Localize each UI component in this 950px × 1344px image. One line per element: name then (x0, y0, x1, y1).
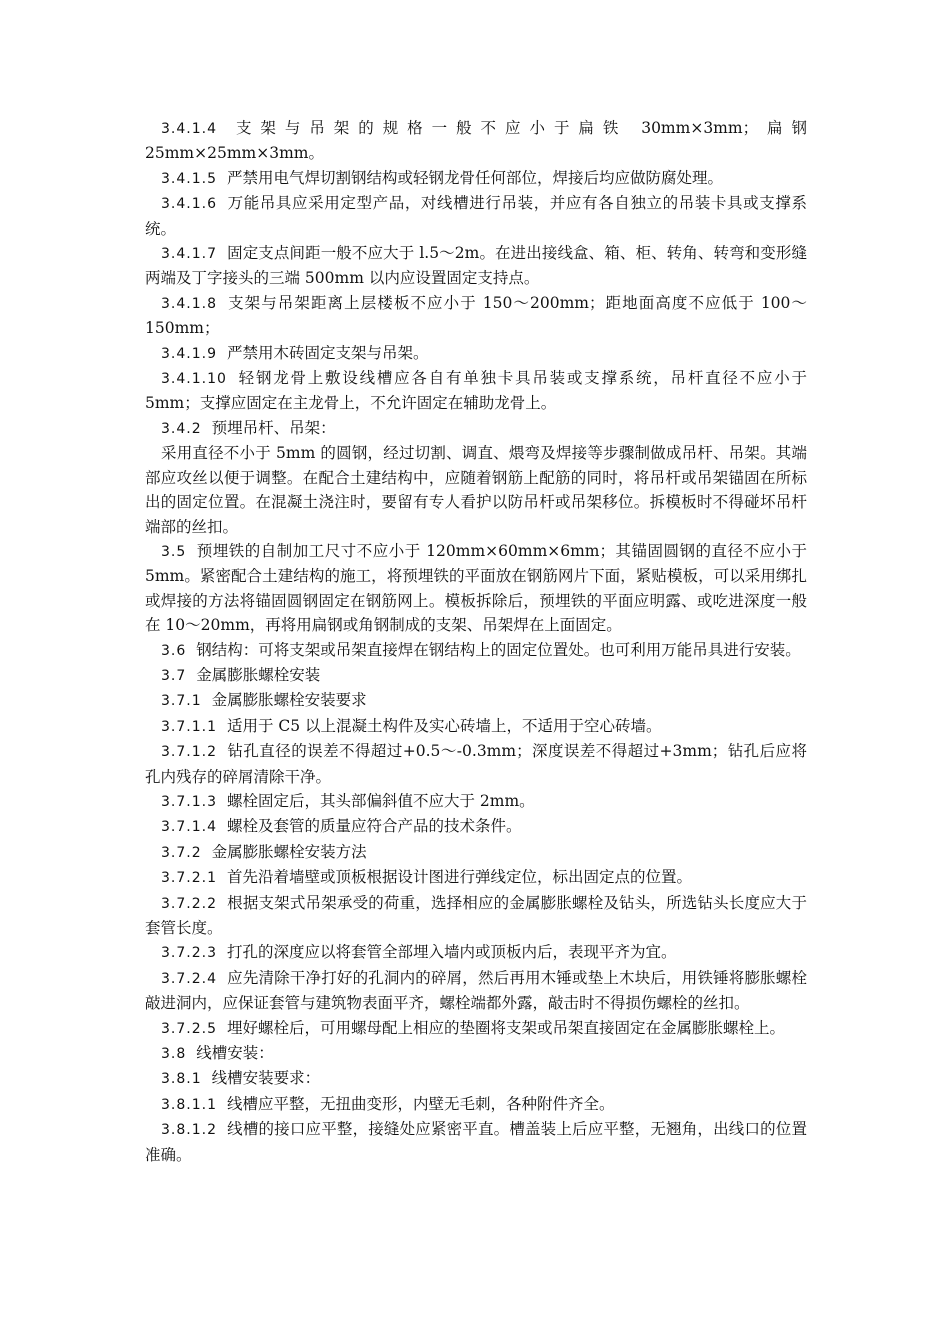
paragraph-3-7-1-3: 3.7.1.3螺栓固定后，其头部偏斜值不应大于 2mm。 (145, 789, 807, 814)
paragraph-3-7-2-3: 3.7.2.3打孔的深度应以将套管全部埋入墙内或顶板内后，表现平齐为宜。 (145, 940, 807, 965)
paragraph-3-7-2-4: 3.7.2.4应先清除干净打好的孔洞内的碎屑，然后再用木锤或垫上木块后，用铁锤将… (145, 966, 807, 1016)
clause-text: 打孔的深度应以将套管全部埋入墙内或顶板内后，表现平齐为宜。 (227, 943, 677, 961)
paragraph-3-7-2-1: 3.7.2.1首先沿着墙壁或顶板根据设计图进行弹线定位，标出固定点的位置。 (145, 865, 807, 890)
clause-text: 采用直径不小于 5mm 的圆钢，经过切割、调直、煨弯及焊接等步骤制做成吊杆、吊架… (145, 444, 807, 535)
clause-number: 3.8.1.2 (161, 1122, 217, 1138)
clause-number: 3.7.2.1 (161, 870, 217, 886)
clause-number: 3.7.1.3 (161, 794, 217, 810)
paragraph-3-4-1-9: 3.4.1.9严禁用木砖固定支架与吊架。 (145, 341, 807, 366)
paragraph-3-4-1-6: 3.4.1.6万能吊具应采用定型产品，对线槽进行吊装，并应有各自独立的吊装卡具或… (145, 191, 807, 241)
clause-number: 3.8 (161, 1046, 186, 1062)
clause-text: 钢结构：可将支架或吊架直接焊在钢结构上的固定位置处。也可利用万能吊具进行安装。 (196, 641, 801, 659)
clause-text: 严禁用电气焊切割钢结构或轻钢龙骨任何部位，焊接后均应做防腐处理。 (227, 169, 723, 187)
clause-text: 首先沿着墙壁或顶板根据设计图进行弹线定位，标出固定点的位置。 (227, 868, 692, 886)
paragraph-3-4-2: 3.4.2预埋吊杆、吊架： (145, 416, 807, 441)
paragraph-3-8-1-1: 3.8.1.1线槽应平整，无扭曲变形，内壁无毛刺，各种附件齐全。 (145, 1092, 807, 1117)
document-page: 3.4.1.4支架与吊架的规格一般不应小于扁铁 30mm×3mm；扁钢 25mm… (145, 116, 807, 1167)
clause-number: 3.7.1.1 (161, 719, 217, 735)
clause-number: 3.4.1.10 (161, 371, 227, 387)
clause-text: 严禁用木砖固定支架与吊架。 (227, 344, 429, 362)
clause-number: 3.4.1.5 (161, 171, 217, 187)
paragraph-3-7: 3.7金属膨胀螺栓安装 (145, 663, 807, 688)
clause-text: 根据支架式吊架承受的荷重，选择相应的金属膨胀螺栓及钻头，所选钻头长度应大于套管长… (145, 894, 807, 937)
paragraph-3-4-1-7: 3.4.1.7固定支点间距一般不应大于 l.5～2m。在进出接线盒、箱、柜、转角… (145, 241, 807, 291)
clause-text: 预埋吊杆、吊架： (212, 419, 336, 437)
paragraph-3-7-1-2: 3.7.1.2钻孔直径的误差不得超过+0.5～-0.3mm；深度误差不得超过+3… (145, 739, 807, 789)
clause-text: 钻孔直径的误差不得超过+0.5～-0.3mm；深度误差不得超过+3mm；钻孔后应… (145, 742, 807, 785)
paragraph-3-8-1: 3.8.1线槽安装要求： (145, 1066, 807, 1091)
clause-text: 轻钢龙骨上敷设线槽应各自有单独卡具吊装或支撑系统，吊杆直径不应小于 5mm；支撑… (145, 369, 807, 412)
clause-text: 螺栓固定后，其头部偏斜值不应大于 2mm。 (227, 792, 535, 810)
clause-number: 3.4.1.6 (161, 196, 217, 212)
paragraph-3-4-1-10: 3.4.1.10轻钢龙骨上敷设线槽应各自有单独卡具吊装或支撑系统，吊杆直径不应小… (145, 366, 807, 416)
clause-number: 3.7.1.4 (161, 819, 217, 835)
paragraph-3-7-2: 3.7.2金属膨胀螺栓安装方法 (145, 840, 807, 865)
clause-number: 3.4.1.4 (161, 121, 217, 137)
clause-number: 3.6 (161, 643, 186, 659)
clause-number: 3.4.1.8 (161, 296, 217, 312)
clause-number: 3.7 (161, 668, 186, 684)
clause-number: 3.5 (161, 544, 186, 560)
paragraph-3-8: 3.8线槽安装： (145, 1041, 807, 1066)
clause-number: 3.8.1.1 (161, 1097, 217, 1113)
clause-number: 3.7.2.5 (161, 1021, 217, 1037)
clause-number: 3.7.1.2 (161, 744, 217, 760)
clause-number: 3.4.2 (161, 421, 202, 437)
clause-text: 应先清除干净打好的孔洞内的碎屑，然后再用木锤或垫上木块后，用铁锤将膨胀螺栓敲进洞… (145, 969, 807, 1012)
paragraph-3-7-2-2: 3.7.2.2根据支架式吊架承受的荷重，选择相应的金属膨胀螺栓及钻头，所选钻头长… (145, 891, 807, 941)
paragraph-3-5: 3.5预埋铁的自制加工尺寸不应小于 120mm×60mm×6mm；其锚固圆钢的直… (145, 539, 807, 638)
clause-number: 3.7.2.2 (161, 896, 217, 912)
paragraph-3-4-1-5: 3.4.1.5严禁用电气焊切割钢结构或轻钢龙骨任何部位，焊接后均应做防腐处理。 (145, 166, 807, 191)
clause-text: 金属膨胀螺栓安装要求 (212, 691, 367, 709)
clause-text: 金属膨胀螺栓安装 (196, 666, 320, 684)
clause-text: 线槽的接口应平整，接缝处应紧密平直。槽盖装上后应平整，无翘角，出线口的位置准确。 (145, 1120, 807, 1163)
paragraph-3-7-1-1: 3.7.1.1适用于 C5 以上混凝土构件及实心砖墙上，不适用于空心砖墙。 (145, 714, 807, 739)
paragraph-3-4-1-4: 3.4.1.4支架与吊架的规格一般不应小于扁铁 30mm×3mm；扁钢 25mm… (145, 116, 807, 166)
paragraph-3-4-2-body: 采用直径不小于 5mm 的圆钢，经过切割、调直、煨弯及焊接等步骤制做成吊杆、吊架… (145, 441, 807, 539)
clause-number: 3.7.2.4 (161, 971, 217, 987)
clause-number: 3.7.1 (161, 693, 202, 709)
clause-number: 3.4.1.9 (161, 346, 217, 362)
paragraph-3-7-1-4: 3.7.1.4螺栓及套管的质量应符合产品的技术条件。 (145, 814, 807, 839)
clause-text: 螺栓及套管的质量应符合产品的技术条件。 (227, 817, 522, 835)
clause-text: 万能吊具应采用定型产品，对线槽进行吊装，并应有各自独立的吊装卡具或支撑系统。 (145, 194, 807, 237)
paragraph-3-8-1-2: 3.8.1.2线槽的接口应平整，接缝处应紧密平直。槽盖装上后应平整，无翘角，出线… (145, 1117, 807, 1167)
clause-text: 埋好螺栓后，可用螺母配上相应的垫圈将支架或吊架直接固定在金属膨胀螺栓上。 (227, 1019, 785, 1037)
clause-text: 线槽安装： (196, 1044, 274, 1062)
clause-text: 固定支点间距一般不应大于 l.5～2m。在进出接线盒、箱、柜、转角、转弯和变形缝… (145, 244, 807, 287)
clause-text: 金属膨胀螺栓安装方法 (212, 843, 367, 861)
paragraph-3-7-2-5: 3.7.2.5埋好螺栓后，可用螺母配上相应的垫圈将支架或吊架直接固定在金属膨胀螺… (145, 1016, 807, 1041)
clause-text: 线槽安装要求： (212, 1069, 321, 1087)
clause-text: 适用于 C5 以上混凝土构件及实心砖墙上，不适用于空心砖墙。 (227, 717, 662, 735)
paragraph-3-6: 3.6钢结构：可将支架或吊架直接焊在钢结构上的固定位置处。也可利用万能吊具进行安… (145, 638, 807, 663)
clause-text: 预埋铁的自制加工尺寸不应小于 120mm×60mm×6mm；其锚固圆钢的直径不应… (145, 542, 807, 634)
clause-text: 线槽应平整，无扭曲变形，内壁无毛刺，各种附件齐全。 (227, 1095, 615, 1113)
clause-number: 3.4.1.7 (161, 246, 217, 262)
clause-number: 3.8.1 (161, 1071, 202, 1087)
paragraph-3-7-1: 3.7.1金属膨胀螺栓安装要求 (145, 688, 807, 713)
clause-number: 3.7.2 (161, 845, 202, 861)
clause-text: 支架与吊架距离上层楼板不应小于 150～200mm；距地面高度不应低于 100～… (145, 294, 807, 337)
clause-text: 支架与吊架的规格一般不应小于扁铁 30mm×3mm；扁钢 25mm×25mm×3… (145, 119, 807, 162)
paragraph-3-4-1-8: 3.4.1.8支架与吊架距离上层楼板不应小于 150～200mm；距地面高度不应… (145, 291, 807, 341)
clause-number: 3.7.2.3 (161, 945, 217, 961)
